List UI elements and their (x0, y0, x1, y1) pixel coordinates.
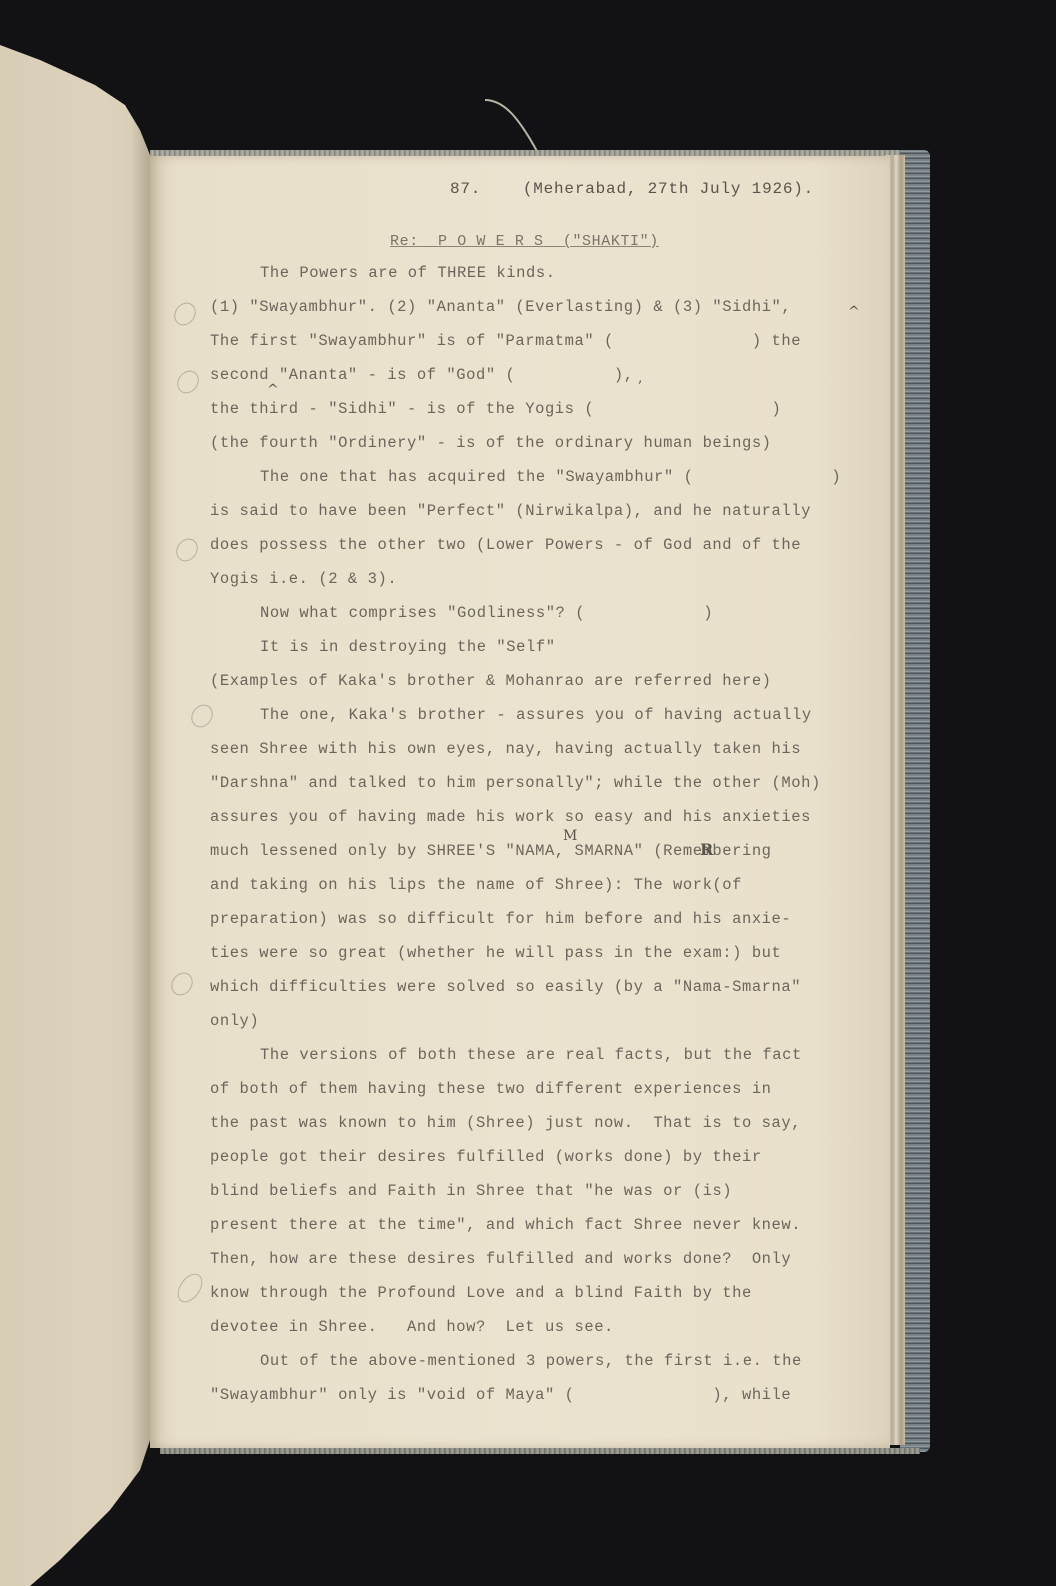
bottom-page-edge (160, 1448, 920, 1454)
page-header: 87. (Meherabad, 27th July 1926). (450, 180, 814, 198)
heading-title: P O W E R S (438, 233, 544, 250)
text-line: the past was known to him (Shree) just n… (210, 1114, 801, 1132)
place-date: (Meherabad, 27th July 1926). (523, 180, 814, 198)
text-line: Out of the above-mentioned 3 powers, the… (260, 1352, 802, 1370)
text-line: Now what comprises "Godliness"? ( ) (260, 604, 713, 622)
text-line: seen Shree with his own eyes, nay, havin… (210, 740, 801, 758)
section-heading: Re: P O W E R S ("SHAKTI") (390, 233, 659, 250)
margin-mark-icon (167, 968, 197, 999)
handwritten-correction-m: M (563, 828, 577, 844)
text-line: does possess the other two (Lower Powers… (210, 536, 801, 554)
text-line: (1) "Swayambhur". (2) "Ananta" (Everlast… (210, 298, 791, 316)
margin-mark-icon (172, 534, 202, 565)
text-line: (Examples of Kaka's brother & Mohanrao a… (210, 672, 772, 690)
handwritten-comma: , (638, 370, 642, 386)
text-line: Then, how are these desires fulfilled an… (210, 1250, 791, 1268)
text-line: It is in destroying the "Self" (260, 638, 556, 656)
text-line: the third - "Sidhi" - is of the Yogis ( … (210, 400, 781, 418)
text-line: (the fourth "Ordinery" - is of the ordin… (210, 434, 772, 452)
text-line: of both of them having these two differe… (210, 1080, 772, 1098)
text-line: assures you of having made his work so e… (210, 808, 811, 826)
text-line: The Powers are of THREE kinds. (260, 264, 556, 282)
typed-page: 87. (Meherabad, 27th July 1926). Re: P O… (150, 156, 890, 1448)
margin-mark-icon (173, 1269, 208, 1307)
loose-thread (480, 95, 550, 155)
handwritten-insert-mark: ^ (267, 382, 279, 398)
page-number: 87. (450, 180, 481, 198)
margin-mark-icon (173, 366, 203, 397)
text-line: The one that has acquired the "Swayambhu… (260, 468, 841, 486)
margin-mark-icon (187, 700, 217, 731)
text-line: which difficulties were solved so easily… (210, 978, 801, 996)
handwritten-insert-mark: ^ (848, 304, 860, 320)
text-line: much lessened only by SHREE'S "NAMA, SMA… (210, 842, 772, 860)
text-line: The versions of both these are real fact… (260, 1046, 802, 1064)
text-line: The first "Swayambhur" is of "Parmatma" … (210, 332, 801, 350)
text-line: only) (210, 1012, 259, 1030)
heading-subtitle: ("SHAKTI") (563, 233, 659, 250)
text-line: ties were so great (whether he will pass… (210, 944, 781, 962)
margin-mark-icon (170, 298, 200, 329)
text-line: know through the Profound Love and a bli… (210, 1284, 752, 1302)
text-line: present there at the time", and which fa… (210, 1216, 801, 1234)
text-line: devotee in Shree. And how? Let us see. (210, 1318, 614, 1336)
text-line: preparation) was so difficult for him be… (210, 910, 791, 928)
text-line: is said to have been "Perfect" (Nirwikal… (210, 502, 811, 520)
text-line: people got their desires fulfilled (work… (210, 1148, 762, 1166)
text-line: blind beliefs and Faith in Shree that "h… (210, 1182, 732, 1200)
heading-prefix: Re: (390, 233, 419, 250)
handwritten-correction-r: R (700, 840, 713, 859)
text-line: "Darshna" and talked to him personally";… (210, 774, 821, 792)
text-line: Yogis i.e. (2 & 3). (210, 570, 397, 588)
text-line: The one, Kaka's brother - assures you of… (260, 706, 812, 724)
text-line: and taking on his lips the name of Shree… (210, 876, 742, 894)
text-line: "Swayambhur" only is "void of Maya" ( ),… (210, 1386, 791, 1404)
